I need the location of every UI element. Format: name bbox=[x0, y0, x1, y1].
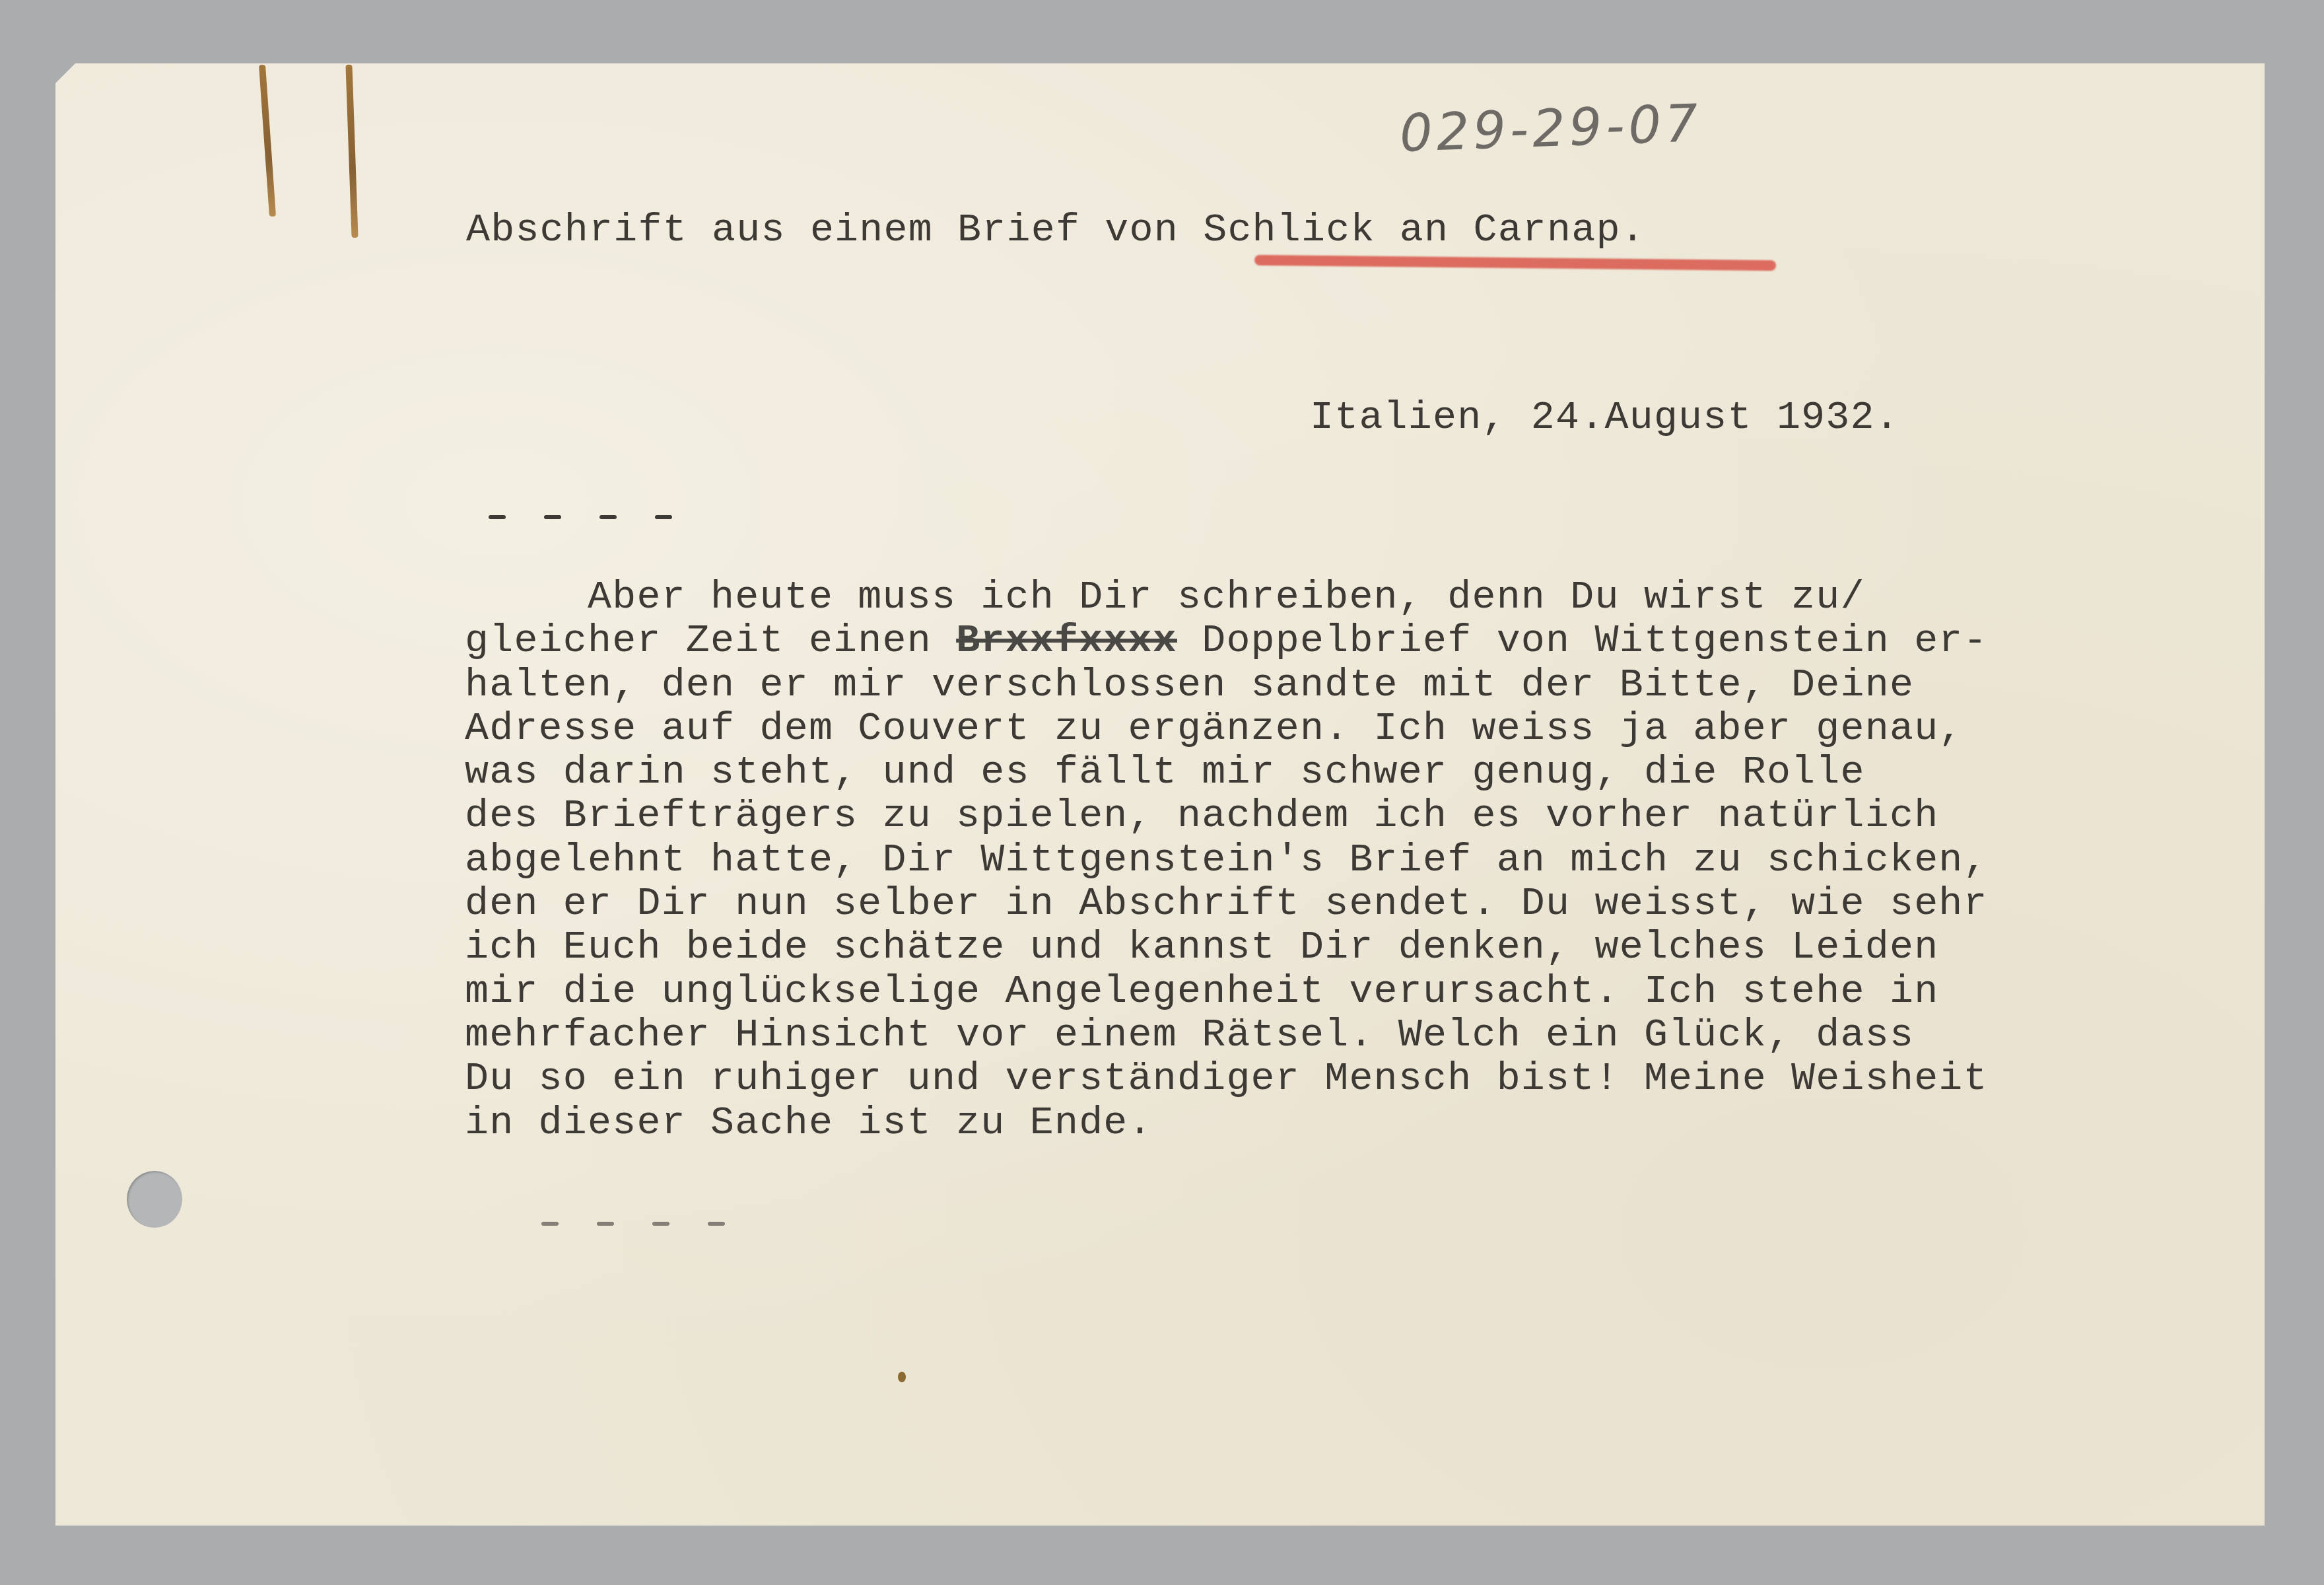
body-line: den er Dir nun selber in Abschrift sende… bbox=[465, 882, 1988, 926]
body-line: abgelehnt hatte, Dir Wittgenstein's Brie… bbox=[465, 839, 1988, 882]
body-line: des Briefträgers zu spielen, nachdem ich… bbox=[465, 794, 1988, 838]
dash bbox=[544, 515, 561, 519]
letter-body: Aber heute muss ich Dir schreiben, denn … bbox=[465, 576, 1988, 1145]
dash bbox=[655, 515, 672, 519]
body-line-start: gleicher Zeit einen bbox=[465, 619, 956, 664]
archive-number: 029-29-07 bbox=[1399, 94, 1703, 164]
body-line: Adresse auf dem Couvert zu ergänzen. Ich… bbox=[465, 707, 1988, 751]
punch-hole bbox=[127, 1171, 182, 1228]
dash bbox=[652, 1222, 669, 1226]
omission-marker-bottom bbox=[541, 1222, 725, 1226]
body-line-end: Doppelbrief von Wittgenstein er- bbox=[1177, 619, 1988, 664]
body-line: gleicher Zeit einen Brxxfxxxx Doppelbrie… bbox=[465, 619, 1988, 663]
body-line: Aber heute muss ich Dir schreiben, denn … bbox=[465, 576, 1988, 619]
body-line: mehrfacher Hinsicht vor einem Rätsel. We… bbox=[465, 1014, 1988, 1057]
dash bbox=[708, 1222, 725, 1226]
body-line: mir die unglückselige Angelegenheit veru… bbox=[465, 970, 1988, 1014]
body-line: in dieser Sache ist zu Ende. bbox=[465, 1102, 1988, 1145]
dateline: Italien, 24.August 1932. bbox=[1310, 396, 1899, 440]
paper-speck bbox=[898, 1372, 906, 1382]
body-line: was darin steht, und es fällt mir schwer… bbox=[465, 751, 1988, 794]
struck-out-word: Brxxfxxxx bbox=[956, 619, 1177, 664]
document-title: Abschrift aus einem Brief von Schlick an… bbox=[466, 209, 1645, 252]
body-line: Du so ein ruhiger und verständiger Mensc… bbox=[465, 1057, 1988, 1101]
dash bbox=[489, 515, 506, 519]
omission-marker-top bbox=[489, 515, 672, 519]
dash bbox=[541, 1222, 559, 1226]
body-line: ich Euch beide schätze und kannst Dir de… bbox=[465, 926, 1988, 969]
dash bbox=[599, 515, 617, 519]
body-line: halten, den er mir verschlossen sandte m… bbox=[465, 664, 1988, 707]
dash bbox=[597, 1222, 614, 1226]
